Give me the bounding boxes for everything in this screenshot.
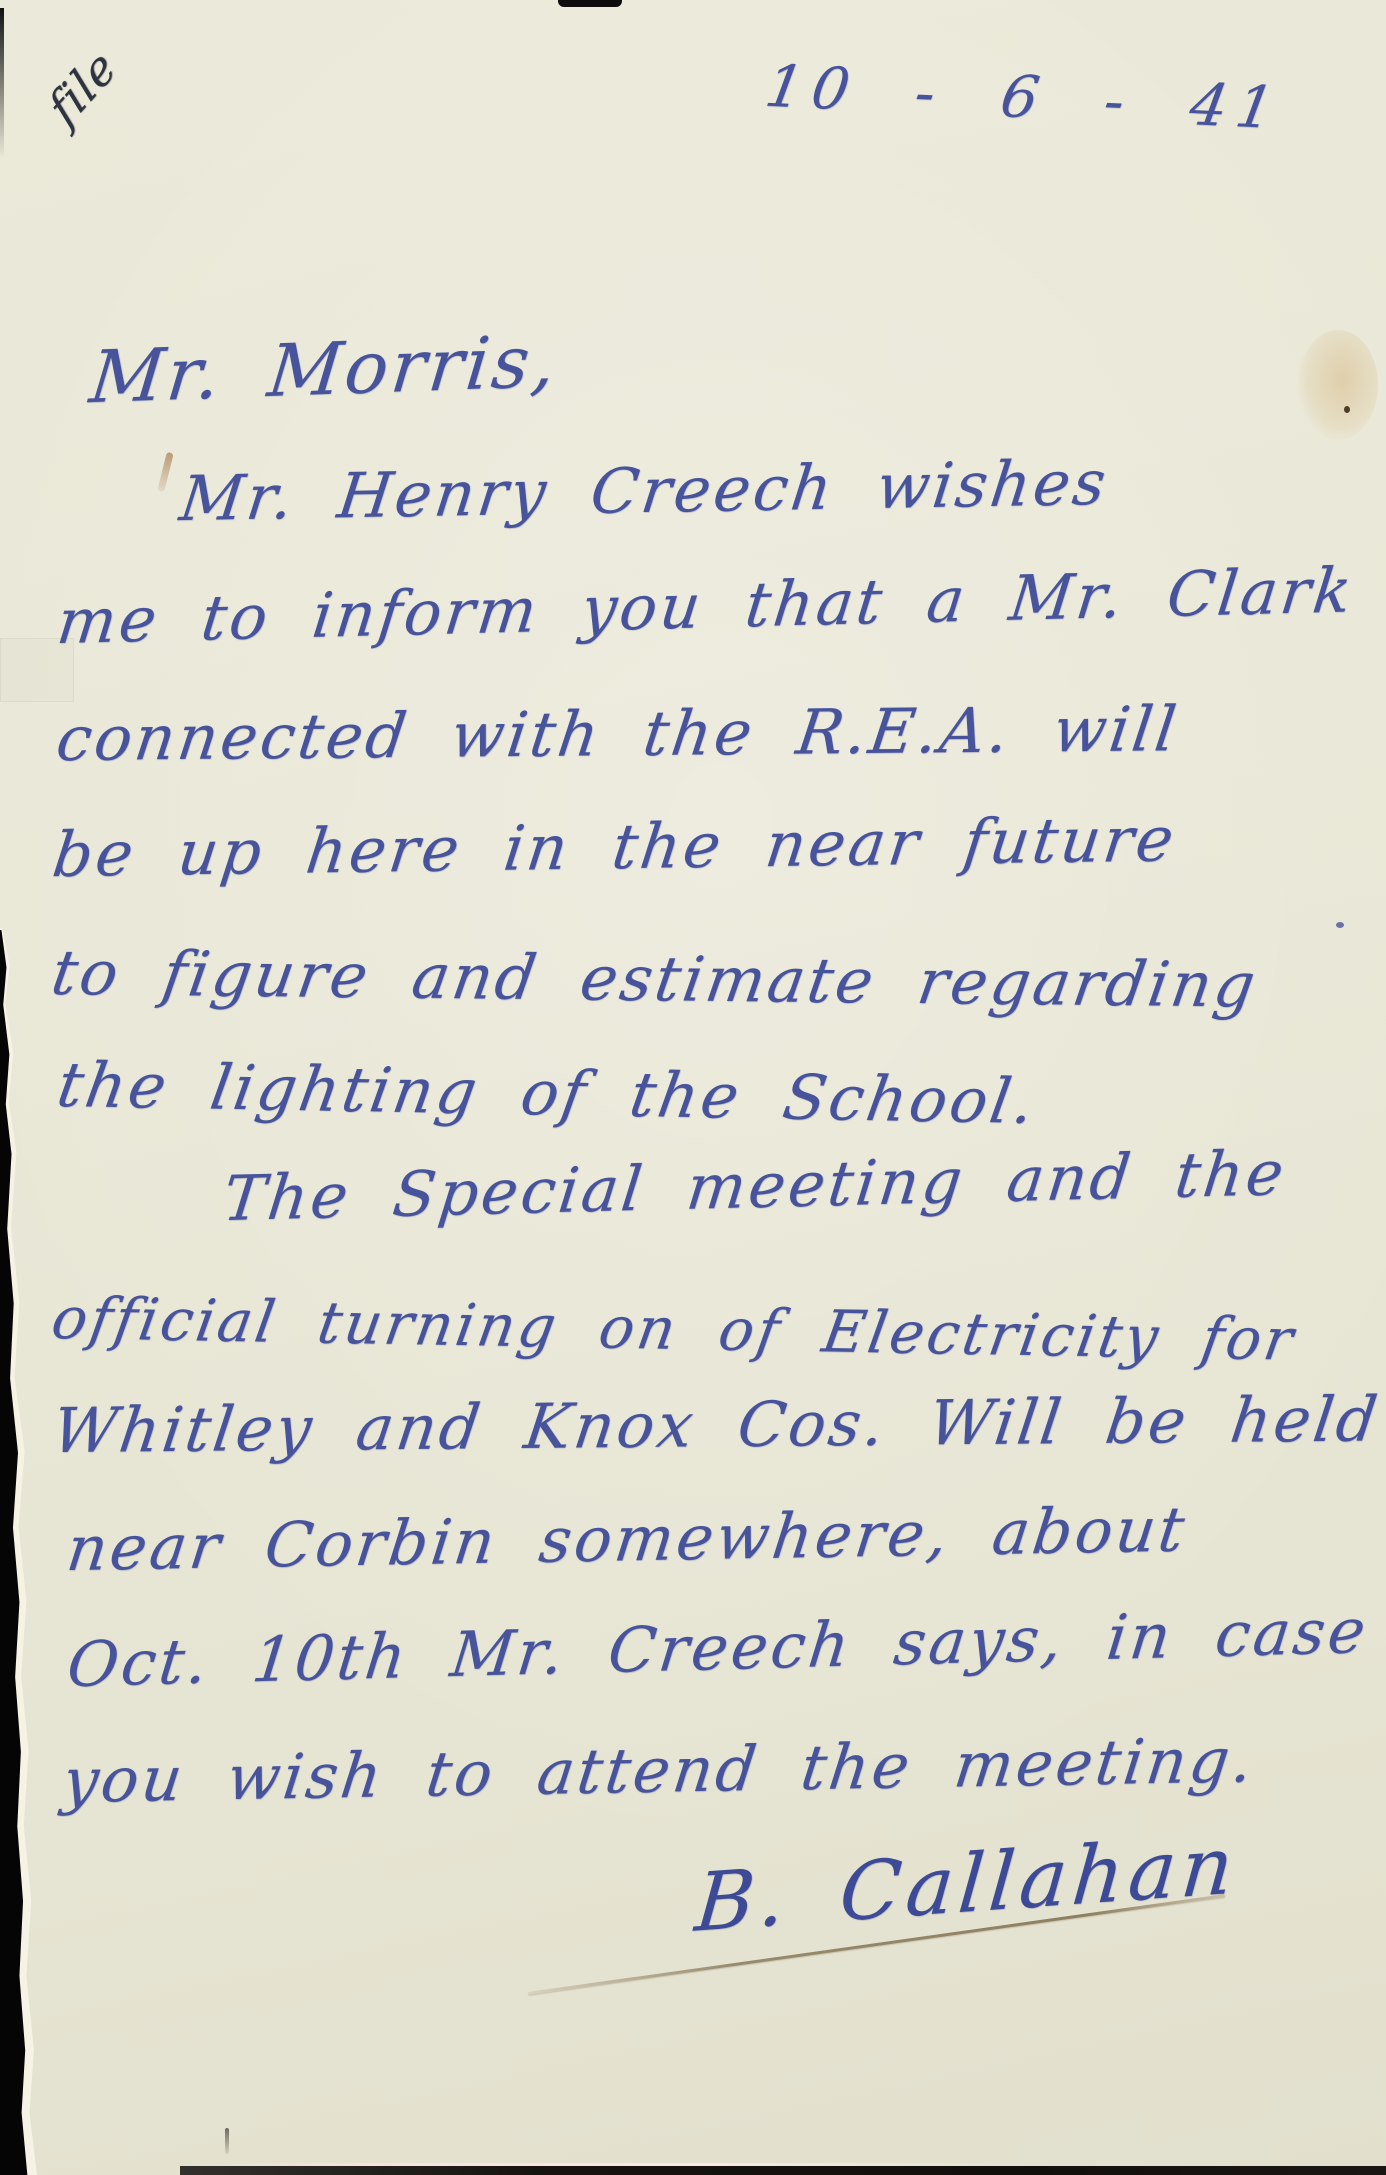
letter-line: you wish to attend the meeting. xyxy=(59,1723,1259,1817)
letter-line: be up here in the near future xyxy=(49,802,1181,891)
paper-stain xyxy=(1298,330,1378,440)
letter-line: Mr. Henry Creech wishes xyxy=(176,446,1113,535)
letter-line: official turning on of Electricity for xyxy=(47,1284,1300,1374)
scanned-letter-page: file 10 - 6 - 41 Mr. Morris, Mr. Henry C… xyxy=(0,0,1386,2175)
letter-line: Oct. 10th Mr. Creech says, in case xyxy=(64,1594,1372,1701)
paper-stain-dot xyxy=(1344,406,1350,413)
letter-paper: file 10 - 6 - 41 Mr. Morris, Mr. Henry C… xyxy=(0,0,1386,2175)
scan-edge-dash xyxy=(0,8,4,158)
paper-impression xyxy=(0,638,74,702)
letter-salutation: Mr. Morris, xyxy=(86,319,562,420)
letter-line: near Corbin somewhere, about xyxy=(63,1492,1191,1585)
letter-line: to figure and estimate regarding xyxy=(47,936,1263,1022)
letter-line: Whitley and Knox Cos. Will be held xyxy=(48,1382,1384,1467)
letter-date: 10 - 6 - 41 xyxy=(761,52,1288,142)
letter-line: connected with the R.E.A. will xyxy=(52,692,1183,775)
scan-edge-bottom xyxy=(180,2166,1386,2175)
pencil-speck xyxy=(225,2128,229,2154)
letter-line: the lighting of the School. xyxy=(52,1048,1042,1138)
filing-annotation: file xyxy=(38,38,126,136)
scan-edge-notch xyxy=(558,0,622,7)
letter-line: The Special meeting and the xyxy=(220,1136,1291,1235)
ink-fleck xyxy=(1336,922,1344,928)
letter-line: me to inform you that a Mr. Clark xyxy=(54,553,1359,658)
rust-fleck xyxy=(157,452,173,493)
